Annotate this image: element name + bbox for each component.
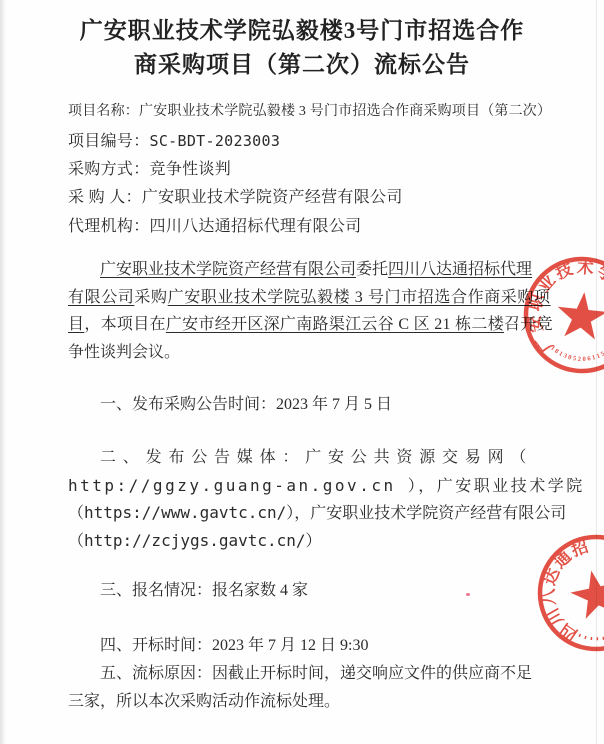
info-project-name: 项目名称：广安职业技术学院弘毅楼 3 号门市招选合作商采购项目（第二次）: [68, 98, 538, 127]
underlined-text-segment: 有限公司: [68, 289, 134, 306]
intro-line-2: 有限公司采购广安职业技术学院弘毅楼 3 号门市招选合作商采购项: [68, 284, 538, 312]
agency-seal-stamp: 四川八达通招: [526, 523, 604, 668]
section-publish-time: 一、发布采购公告时间：2023 年 7 月 5 日: [68, 391, 538, 419]
info-project-number-value: SC-BDT-2023003: [150, 132, 281, 150]
intro-line-1: 广安职业技术学院资产经营有限公司委托四川八达通招标代理: [68, 256, 538, 284]
section-failure-reason: 五、流标原因：因截止开标时间，递交响应文件的供应商不足 三家，所以本次采购活动作…: [68, 660, 538, 715]
svg-text:学: 学: [594, 261, 604, 287]
underlined-text-segment: 目: [68, 316, 84, 333]
school-seal-icon: 广安职业技术学院 511602503181: [512, 245, 604, 385]
info-agency: 代理机构：四川八达通招标代理有限公司: [68, 213, 538, 242]
text-segment: 委托: [356, 261, 388, 278]
seal-star-icon: [555, 290, 604, 341]
svg-text:职: 职: [525, 291, 548, 312]
section-media-line1: 二、发布公告媒体：广安公共资源交易网（: [68, 444, 538, 472]
info-procurement-method-label: 采购方式：: [68, 161, 150, 178]
svg-text:八: 八: [538, 588, 558, 607]
info-project-number-label: 项目编号：: [68, 133, 150, 150]
info-procurement-method-value: 竞争性谈判: [150, 161, 232, 178]
underlined-text-segment: 广安职业技术学院资产经营有限公司: [100, 261, 356, 278]
section-registration-text: 三、报名情况：报名家数 4 家: [68, 577, 538, 605]
school-seal-stamp: 广安职业技术学院 511602503181: [512, 245, 604, 390]
text-segment: 争性谈判会议。: [68, 344, 180, 361]
underlined-text-segment: 四川八达通招标代理: [388, 261, 532, 278]
agency-seal-icon: 四川八达通招: [526, 523, 604, 663]
text-segment: ，本项目在: [84, 316, 166, 333]
section-media-line2: http://ggzy.guang-an.gov.cn ），广安职业技术学院: [68, 472, 538, 500]
section-media-line4: （http://zcjygs.gavtc.cn/）: [68, 527, 538, 555]
document-title-line2: 商采购项目（第二次）流标公告: [0, 48, 604, 82]
seal-star-icon: [567, 565, 604, 620]
text-segment: 采购: [134, 289, 167, 306]
info-purchaser-value: 广安职业技术学院资产经营有限公司: [142, 189, 403, 206]
scan-edge-left: [0, 0, 6, 744]
section-failure-line2: 三家，所以本次采购活动作流标处理。: [68, 688, 538, 716]
underlined-text-segment: 广安市经开区深广南路渠江云谷 C 区 21 栋二楼: [166, 316, 504, 333]
document-page: 广安职业技术学院弘毅楼3号门市招选合作 商采购项目（第二次）流标公告 项目名称：…: [0, 0, 604, 744]
scan-artifact-dot: [466, 593, 470, 596]
info-purchaser: 采 购 人：广安职业技术学院资产经营有限公司: [68, 184, 538, 213]
info-project-name-value: 广安职业技术学院弘毅楼 3 号门市招选合作商采购项目（第二次）: [139, 104, 551, 119]
section-failure-line1: 五、流标原因：因截止开标时间，递交响应文件的供应商不足: [68, 660, 538, 688]
svg-text:0: 0: [567, 354, 572, 362]
section-registration: 三、报名情况：报名家数 4 家: [68, 577, 538, 605]
svg-text:0: 0: [582, 356, 586, 363]
section-bid-opening: 四、开标时间：2023 年 7 月 12 日 9:30: [68, 632, 538, 660]
intro-line-4: 争性谈判会议。: [68, 339, 538, 367]
underlined-text-segment: 广安职业技术学院弘毅楼 3 号门市招选合作商采购项: [168, 289, 551, 306]
info-agency-label: 代理机构：: [68, 218, 150, 235]
intro-line-3: 目，本项目在广安市经开区深广南路渠江云谷 C 区 21 栋二楼召开竞: [68, 311, 538, 339]
document-title: 广安职业技术学院弘毅楼3号门市招选合作 商采购项目（第二次）流标公告: [0, 14, 604, 82]
svg-text:术: 术: [575, 256, 594, 277]
intro-paragraph: 广安职业技术学院资产经营有限公司委托四川八达通招标代理 有限公司采购广安职业技术…: [68, 256, 538, 366]
info-procurement-method: 采购方式：竞争性谈判: [68, 156, 538, 185]
section-media: 二、发布公告媒体：广安公共资源交易网（ http://ggzy.guang-an…: [68, 444, 538, 554]
document-title-line1: 广安职业技术学院弘毅楼3号门市招选合作: [0, 14, 604, 48]
svg-text:5: 5: [600, 350, 604, 358]
info-purchaser-label: 采 购 人：: [68, 189, 142, 206]
section-bid-opening-text: 四、开标时间：2023 年 7 月 12 日 9:30: [68, 632, 538, 660]
svg-text:2: 2: [577, 356, 581, 363]
section-publish-time-text: 一、发布采购公告时间：2023 年 7 月 5 日: [68, 391, 538, 419]
info-project-number: 项目编号：SC-BDT-2023003: [68, 127, 538, 156]
info-project-name-label: 项目名称：: [68, 104, 139, 119]
section-media-line3: （https://www.gavtc.cn/），广安职业技术学院资产经营有限公司: [68, 499, 538, 527]
project-info-block: 项目名称：广安职业技术学院弘毅楼 3 号门市招选合作商采购项目（第二次） 项目编…: [68, 98, 538, 242]
info-agency-value: 四川八达通招标代理有限公司: [150, 218, 362, 235]
